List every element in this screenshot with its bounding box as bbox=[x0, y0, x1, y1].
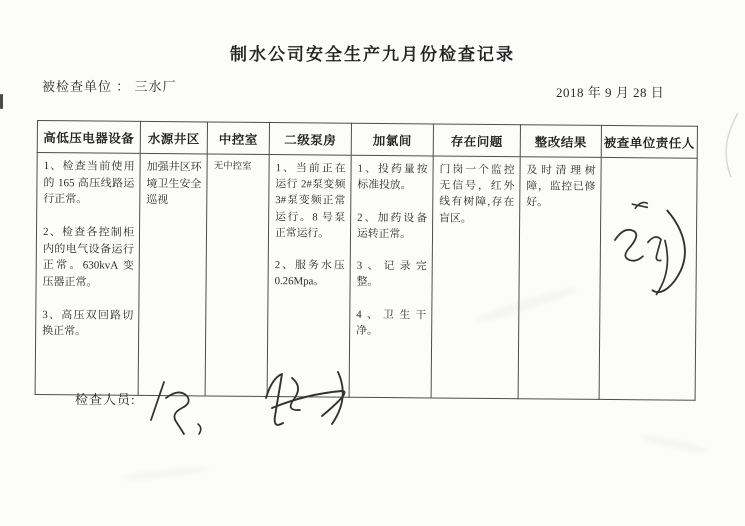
cell-text: 无中控室 bbox=[214, 160, 264, 175]
scanned-inspection-record: 制水公司安全生产九月份检查记录 被检查单位 ： 三水厂 2018 年 9 月 2… bbox=[0, 0, 745, 526]
inspectors-label: 检查人员: bbox=[75, 389, 136, 408]
cell-text: 加强井区环境卫生安全巡视 bbox=[146, 159, 201, 209]
inspection-date: 2018 年 9 月 28 日 bbox=[556, 82, 664, 101]
cell-electrical-equipment: 1、检查当前使用的 165 高压线路运行正常。 2、检查各控制柜内的电气设备运行… bbox=[35, 153, 140, 396]
inspected-unit: 被检查单位 ： 三水厂 bbox=[42, 76, 177, 95]
scan-edge-artifact bbox=[0, 94, 3, 109]
col-header-responsible-person: 被查单位责任人 bbox=[601, 125, 697, 158]
cell-rectification-result: 及时清理树障，监控已修好。 bbox=[518, 157, 601, 400]
scan-paper-edge-artifact bbox=[716, 112, 742, 178]
col-header-control-room: 中控室 bbox=[207, 122, 269, 155]
cell-text: 及时清理树障，监控已修好。 bbox=[526, 162, 595, 211]
cell-responsible-person-signature bbox=[599, 157, 697, 400]
inspection-table: 高低压电器设备 水源井区 中控室 二级泵房 加氯间 存在问题 整改结果 被查单位… bbox=[35, 120, 698, 401]
cell-secondary-pump-room: 1、当前正在运行 2#泵变频 3#泵变频正常运行。8 号泵正常运行。 2、服务水… bbox=[267, 155, 351, 398]
col-header-rectification-result: 整改结果 bbox=[520, 125, 601, 158]
inspected-unit-value: 三水厂 bbox=[135, 79, 177, 94]
col-header-chlorination-room: 加氯间 bbox=[351, 123, 433, 156]
inspection-table-wrapper: 高低压电器设备 水源井区 中控室 二级泵房 加氯间 存在问题 整改结果 被查单位… bbox=[35, 120, 697, 401]
responsible-person-signature bbox=[604, 196, 697, 309]
table-body-row: 1、检查当前使用的 165 高压线路运行正常。 2、检查各控制柜内的电气设备运行… bbox=[35, 153, 697, 401]
col-header-electrical-equipment: 高低压电器设备 bbox=[37, 121, 140, 154]
document-title: 制水公司安全生产九月份检查记录 bbox=[0, 40, 745, 65]
cell-text: 1、检查当前使用的 165 高压线路运行正常。 2、检查各控制柜内的电气设备运行… bbox=[42, 158, 135, 340]
cell-existing-problems: 门岗一个监控无信号，红外线有树障,存在盲区。 bbox=[431, 156, 520, 399]
col-header-existing-problems: 存在问题 bbox=[433, 124, 520, 157]
cell-text: 1、投药量按标准投放。 2、加药设备运转正常。 3、记录完整。 4、卫生干净。 bbox=[356, 161, 428, 340]
cell-well-area: 加强井区环境卫生安全巡视 bbox=[138, 153, 207, 396]
cell-chlorination-room: 1、投药量按标准投放。 2、加药设备运转正常。 3、记录完整。 4、卫生干净。 bbox=[349, 155, 433, 398]
inspected-unit-label: 被检查单位 ： bbox=[42, 79, 130, 94]
scan-smudge bbox=[120, 465, 210, 481]
scan-smudge bbox=[640, 433, 710, 455]
cell-control-room: 无中控室 bbox=[205, 154, 269, 397]
col-header-well-area: 水源井区 bbox=[140, 121, 207, 154]
cell-text: 门岗一个监控无信号，红外线有树障,存在盲区。 bbox=[439, 162, 515, 227]
col-header-secondary-pump-room: 二级泵房 bbox=[269, 123, 351, 156]
cell-text: 1、当前正在运行 2#泵变频 3#泵变频正常运行。8 号泵正常运行。 2、服务水… bbox=[275, 160, 346, 290]
